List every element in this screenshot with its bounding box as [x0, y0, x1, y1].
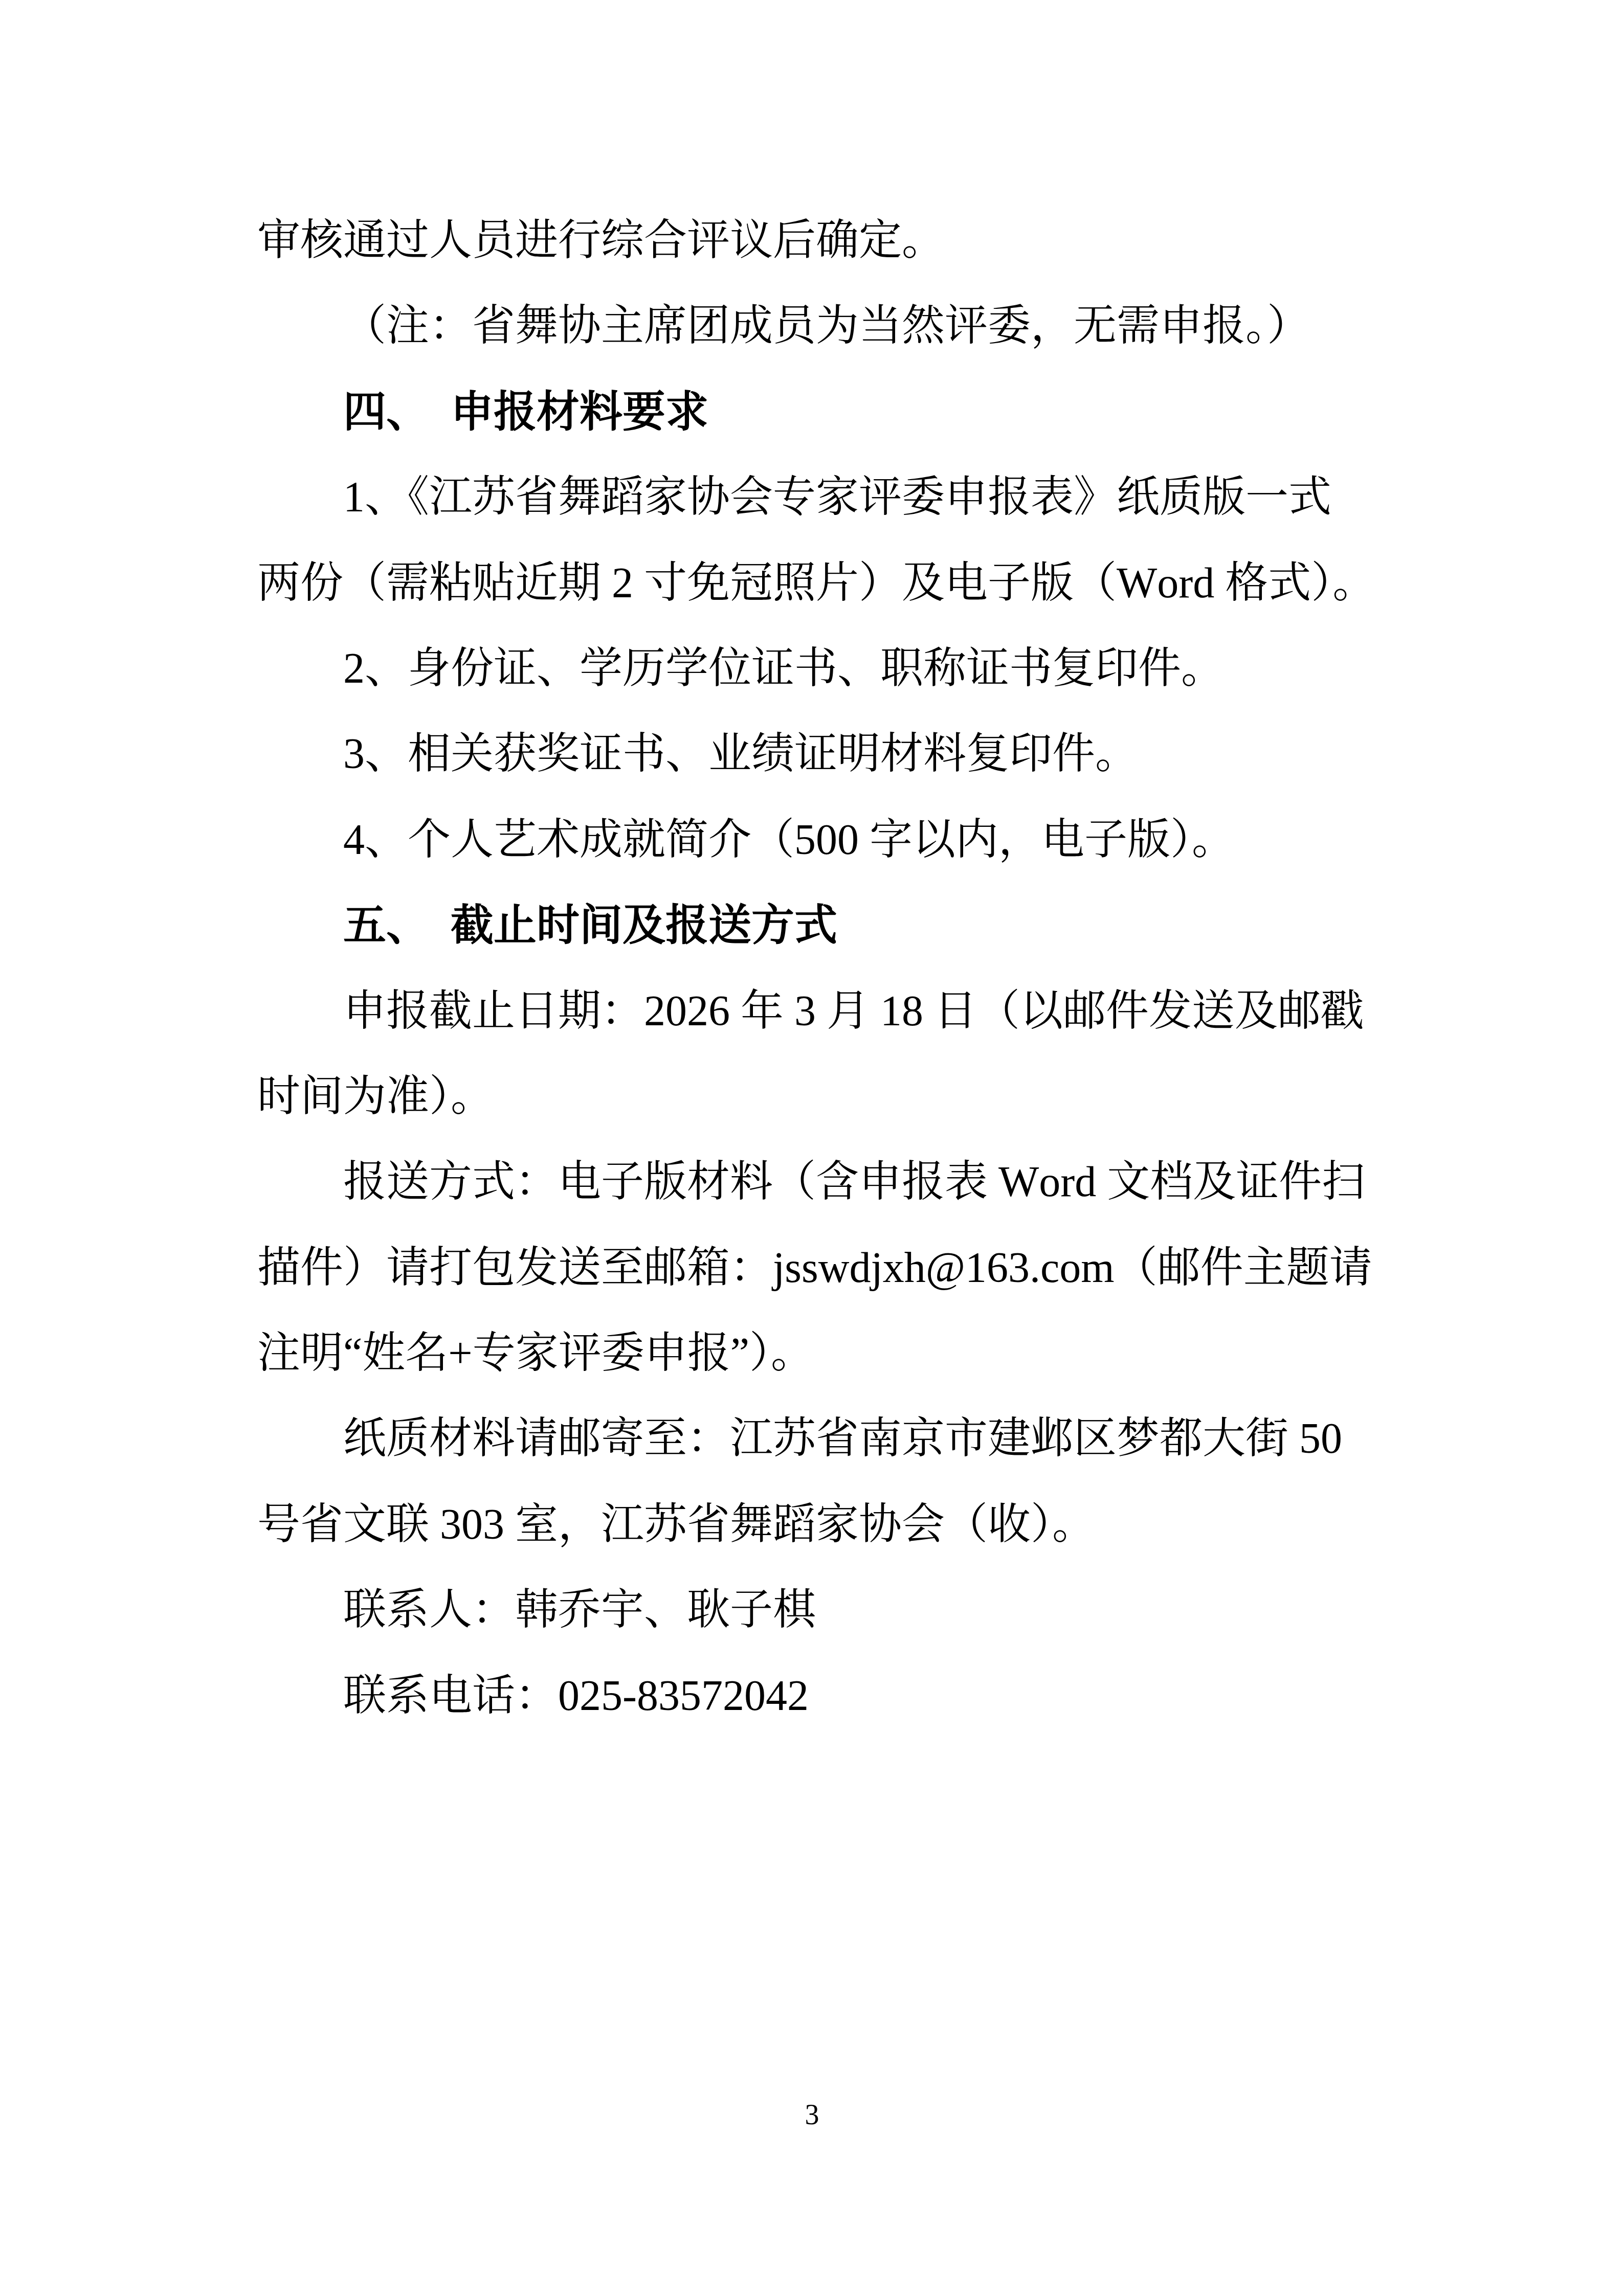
- text-line: 描件）请打包发送至邮箱：jsswdjxh@163.com（邮件主题请: [257, 1225, 1388, 1311]
- text-line: 时间为准）。: [257, 1054, 1388, 1139]
- text-line: 1、《江苏省舞蹈家协会专家评委申报表》纸质版一式: [257, 455, 1388, 540]
- text-line: 纸质材料请邮寄至：江苏省南京市建邺区梦都大街 50: [257, 1396, 1388, 1481]
- text-line: 号省文联 303 室，江苏省舞蹈家协会（收）。: [257, 1482, 1388, 1567]
- text-line: 联系人：韩乔宇、耿子棋: [257, 1567, 1388, 1653]
- page: 审核通过人员进行综合评议后确定。（注：省舞协主席团成员为当然评委，无需申报。）四…: [0, 0, 1624, 2296]
- text-line: （注：省舞协主席团成员为当然评委，无需申报。）: [257, 283, 1388, 369]
- document-body: 审核通过人员进行综合评议后确定。（注：省舞协主席团成员为当然评委，无需申报。）四…: [257, 198, 1388, 1739]
- text-line: 联系电话：025-83572042: [257, 1653, 1388, 1739]
- text-line: 2、身份证、学历学位证书、职称证书复印件。: [257, 626, 1388, 711]
- text-line: 注明“姓名+专家评委申报”）。: [257, 1311, 1388, 1396]
- text-line: 审核通过人员进行综合评议后确定。: [257, 198, 1388, 283]
- text-line: 两份（需粘贴近期 2 寸免冠照片）及电子版（Word 格式）。: [257, 541, 1388, 626]
- section-heading-line: 四、 申报材料要求: [257, 369, 1388, 455]
- text-line: 报送方式：电子版材料（含申报表 Word 文档及证件扫: [257, 1139, 1388, 1225]
- section-heading-line: 五、 截止时间及报送方式: [257, 883, 1388, 968]
- text-line: 申报截止日期：2026 年 3 月 18 日（以邮件发送及邮戳: [257, 969, 1388, 1054]
- text-line: 3、相关获奖证书、业绩证明材料复印件。: [257, 711, 1388, 797]
- page-number: 3: [0, 2100, 1624, 2130]
- text-line: 4、个人艺术成就简介（500 字以内，电子版）。: [257, 797, 1388, 883]
